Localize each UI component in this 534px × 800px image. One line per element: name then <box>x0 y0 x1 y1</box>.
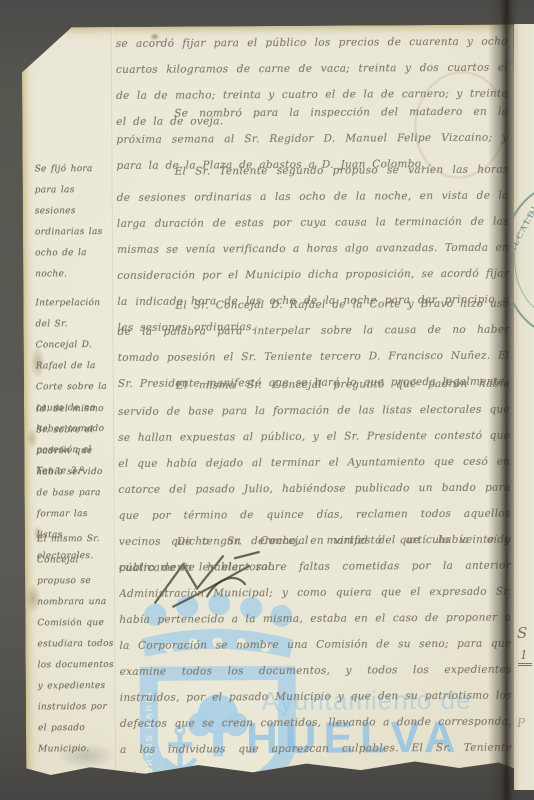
adjacent-page-number-fragment: 1 <box>518 648 532 666</box>
scanned-document-screenshot: { "document": { "kind": "handwritten mun… <box>0 0 534 800</box>
adjacent-page-text-fragment: P <box>517 716 525 730</box>
margin-note: Se fijó hora para las sesiones ordinaria… <box>35 159 114 285</box>
manuscript-page: PORTUS MARIS Ayuntamiento de HUELVA Se f… <box>22 25 519 784</box>
alcaldia-stamp: ALCALDIA <box>514 172 534 352</box>
body-paragraph: Dicho Sr. Concejal manifestó que había o… <box>119 527 513 781</box>
adjacent-page-edge: ALCALDIA S 1 P <box>514 24 534 790</box>
margin-note: El mismo Sr. Concejal propuso se nombrar… <box>37 529 116 760</box>
adjacent-page-text-fragment: S <box>517 624 527 642</box>
